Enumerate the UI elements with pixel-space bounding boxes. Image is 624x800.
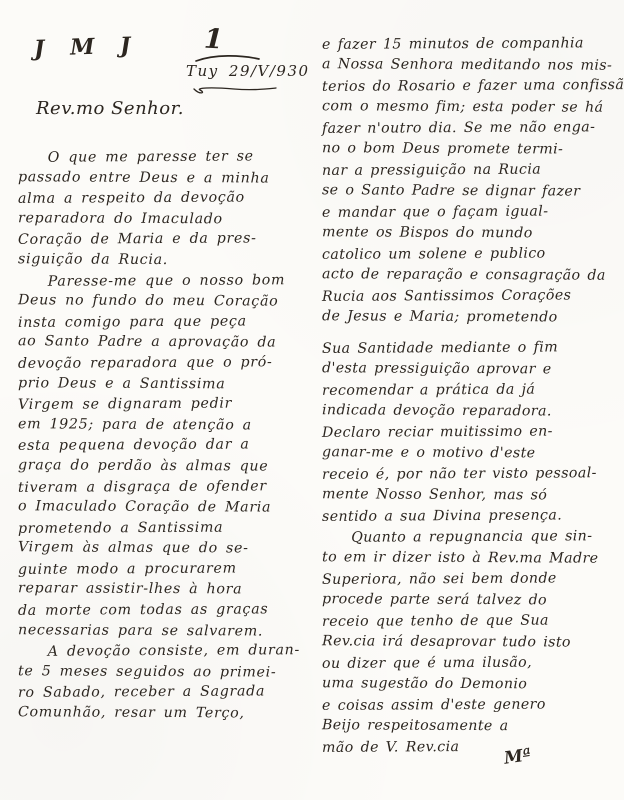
manuscript-line: o Imaculado Coração de Maria xyxy=(18,496,312,518)
manuscript-line: graça do perdão às almas que xyxy=(18,455,312,477)
manuscript-line: em 1925; para de atenção a xyxy=(18,414,312,436)
manuscript-line: terios do Rosario e fazer uma confissão xyxy=(322,75,622,98)
manuscript-line: Coração de Maria e da pres- xyxy=(18,228,312,250)
manuscript-line: catolico um solene e publico xyxy=(322,243,622,266)
manuscript-line: necessarias para se salvarem. xyxy=(18,620,312,642)
manuscript-line: indicada devoção reparadora. xyxy=(322,400,622,423)
manuscript-line: devoção reparadora que o pró- xyxy=(18,352,312,374)
manuscript-line: to em ir dizer isto à Rev.ma Madre xyxy=(322,547,622,570)
manuscript-line: reparadora do Imaculado xyxy=(18,208,312,230)
manuscript-line: sentido a sua Divina presença. xyxy=(322,505,622,528)
manuscript-line: O que me paresse ter se xyxy=(18,146,312,168)
manuscript-line: mente os Bispos do mundo xyxy=(322,222,622,245)
manuscript-line: e coisas assim d'este genero xyxy=(322,694,622,717)
right-column-block-3: Quanto a repugnancia que sin-to em ir di… xyxy=(322,527,622,758)
manuscript-line: Declaro reciar muitissimo en- xyxy=(322,421,622,444)
manuscript-line: nar a pressiguição na Rucia xyxy=(322,159,622,182)
manuscript-line: de Jesus e Maria; prometendo xyxy=(322,306,622,329)
manuscript-line: Rev.cia irá desaprovar tudo isto xyxy=(322,631,622,654)
manuscript-line: e fazer 15 minutos de companhia xyxy=(322,33,622,56)
underline-flourish-icon xyxy=(190,84,280,96)
right-column-block-2: Sua Santidade mediante o fimd'esta press… xyxy=(322,338,622,527)
manuscript-line: no o bom Deus promete termi- xyxy=(322,138,622,161)
manuscript-line: da morte com todas as graças xyxy=(18,599,312,621)
dateline: Tuy 29/V/930 xyxy=(186,62,310,80)
manuscript-line: acto de reparação e consagração da xyxy=(322,264,622,287)
manuscript-line: te 5 meses seguidos ao primei- xyxy=(18,661,312,683)
page-number: 1 xyxy=(203,24,223,56)
manuscript-line: ao Santo Padre a aprovação da xyxy=(18,332,312,354)
salutation: Rev.mo Senhor. xyxy=(36,98,184,119)
manuscript-line: Sua Santidade mediante o fim xyxy=(322,337,622,360)
manuscript-line: fazer n'outro dia. Se me não enga- xyxy=(322,117,622,140)
manuscript-line: d'esta pressiguição aprovar e xyxy=(322,358,622,381)
manuscript-line: insta comigo para que peça xyxy=(18,311,312,333)
manuscript-line: alma a respeito da devoção xyxy=(18,187,312,209)
manuscript-line: mão de V. Rev.cia xyxy=(322,736,622,759)
manuscript-line: Beijo respeitosamente a xyxy=(322,715,622,738)
manuscript-line: Superiora, não sei bem donde xyxy=(322,568,622,591)
manuscript-line: receio que tenho de que Sua xyxy=(322,610,622,633)
manuscript-line: ro Sabado, receber a Sagrada xyxy=(18,682,312,704)
manuscript-line: Virgem se dignaram pedir xyxy=(18,393,312,415)
manuscript-line: passado entre Deus e a minha xyxy=(18,167,312,189)
manuscript-line: procede parte será talvez do xyxy=(322,589,622,612)
signature: Mª xyxy=(503,743,545,768)
manuscript-line: esta pequena devoção dar a xyxy=(18,434,312,456)
left-column: O que me paresse ter sepassado entre Deu… xyxy=(18,147,312,724)
manuscript-line: Virgem às almas que do se- xyxy=(18,538,312,560)
manuscript-line: e mandar que o façam igual- xyxy=(322,201,622,224)
manuscript-line: prio Deus e a Santissima xyxy=(18,373,312,395)
manuscript-line: uma sugestão do Demonio xyxy=(322,673,622,696)
manuscript-line: Rucia aos Santissimos Corações xyxy=(322,285,622,308)
manuscript-line: reparar assistir-lhes à hora xyxy=(18,579,312,601)
manuscript-line: Deus no fundo do meu Coração xyxy=(18,290,312,312)
manuscript-line: Comunhão, resar um Terço, xyxy=(18,702,312,724)
jmj-monogram: J M J xyxy=(34,32,140,62)
manuscript-line: tiveram a disgraça de ofender xyxy=(18,476,312,498)
right-column-block-1: e fazer 15 minutos de companhiaa Nossa S… xyxy=(322,34,622,328)
manuscript-line: guinte modo a procurarem xyxy=(18,558,312,580)
manuscript-line: siguição da Rucia. xyxy=(18,249,312,271)
manuscript-line: a Nossa Senhora meditando nos mis- xyxy=(322,54,622,77)
manuscript-line: se o Santo Padre se dignar fazer xyxy=(322,180,622,203)
manuscript-line: Paresse-me que o nosso bom xyxy=(18,270,312,292)
manuscript-line: prometendo a Santissima xyxy=(18,517,312,539)
manuscript-page: J M J 1 Tuy 29/V/930 Rev.mo Senhor. O qu… xyxy=(0,0,624,800)
manuscript-line: Quanto a repugnancia que sin- xyxy=(322,526,622,549)
manuscript-line: mente Nosso Senhor, mas só xyxy=(322,484,622,507)
manuscript-line: ganar-me e o motivo d'este xyxy=(322,442,622,465)
manuscript-line: receio é, por não ter visto pessoal- xyxy=(322,463,622,486)
manuscript-line: recomendar a prática da já xyxy=(322,379,622,402)
right-column: e fazer 15 minutos de companhiaa Nossa S… xyxy=(322,34,622,766)
manuscript-line: ou dizer que é uma ilusão, xyxy=(322,652,622,675)
manuscript-line: com o mesmo fim; esta poder se há xyxy=(322,96,622,119)
manuscript-line: A devoção consiste, em duran- xyxy=(18,640,312,662)
